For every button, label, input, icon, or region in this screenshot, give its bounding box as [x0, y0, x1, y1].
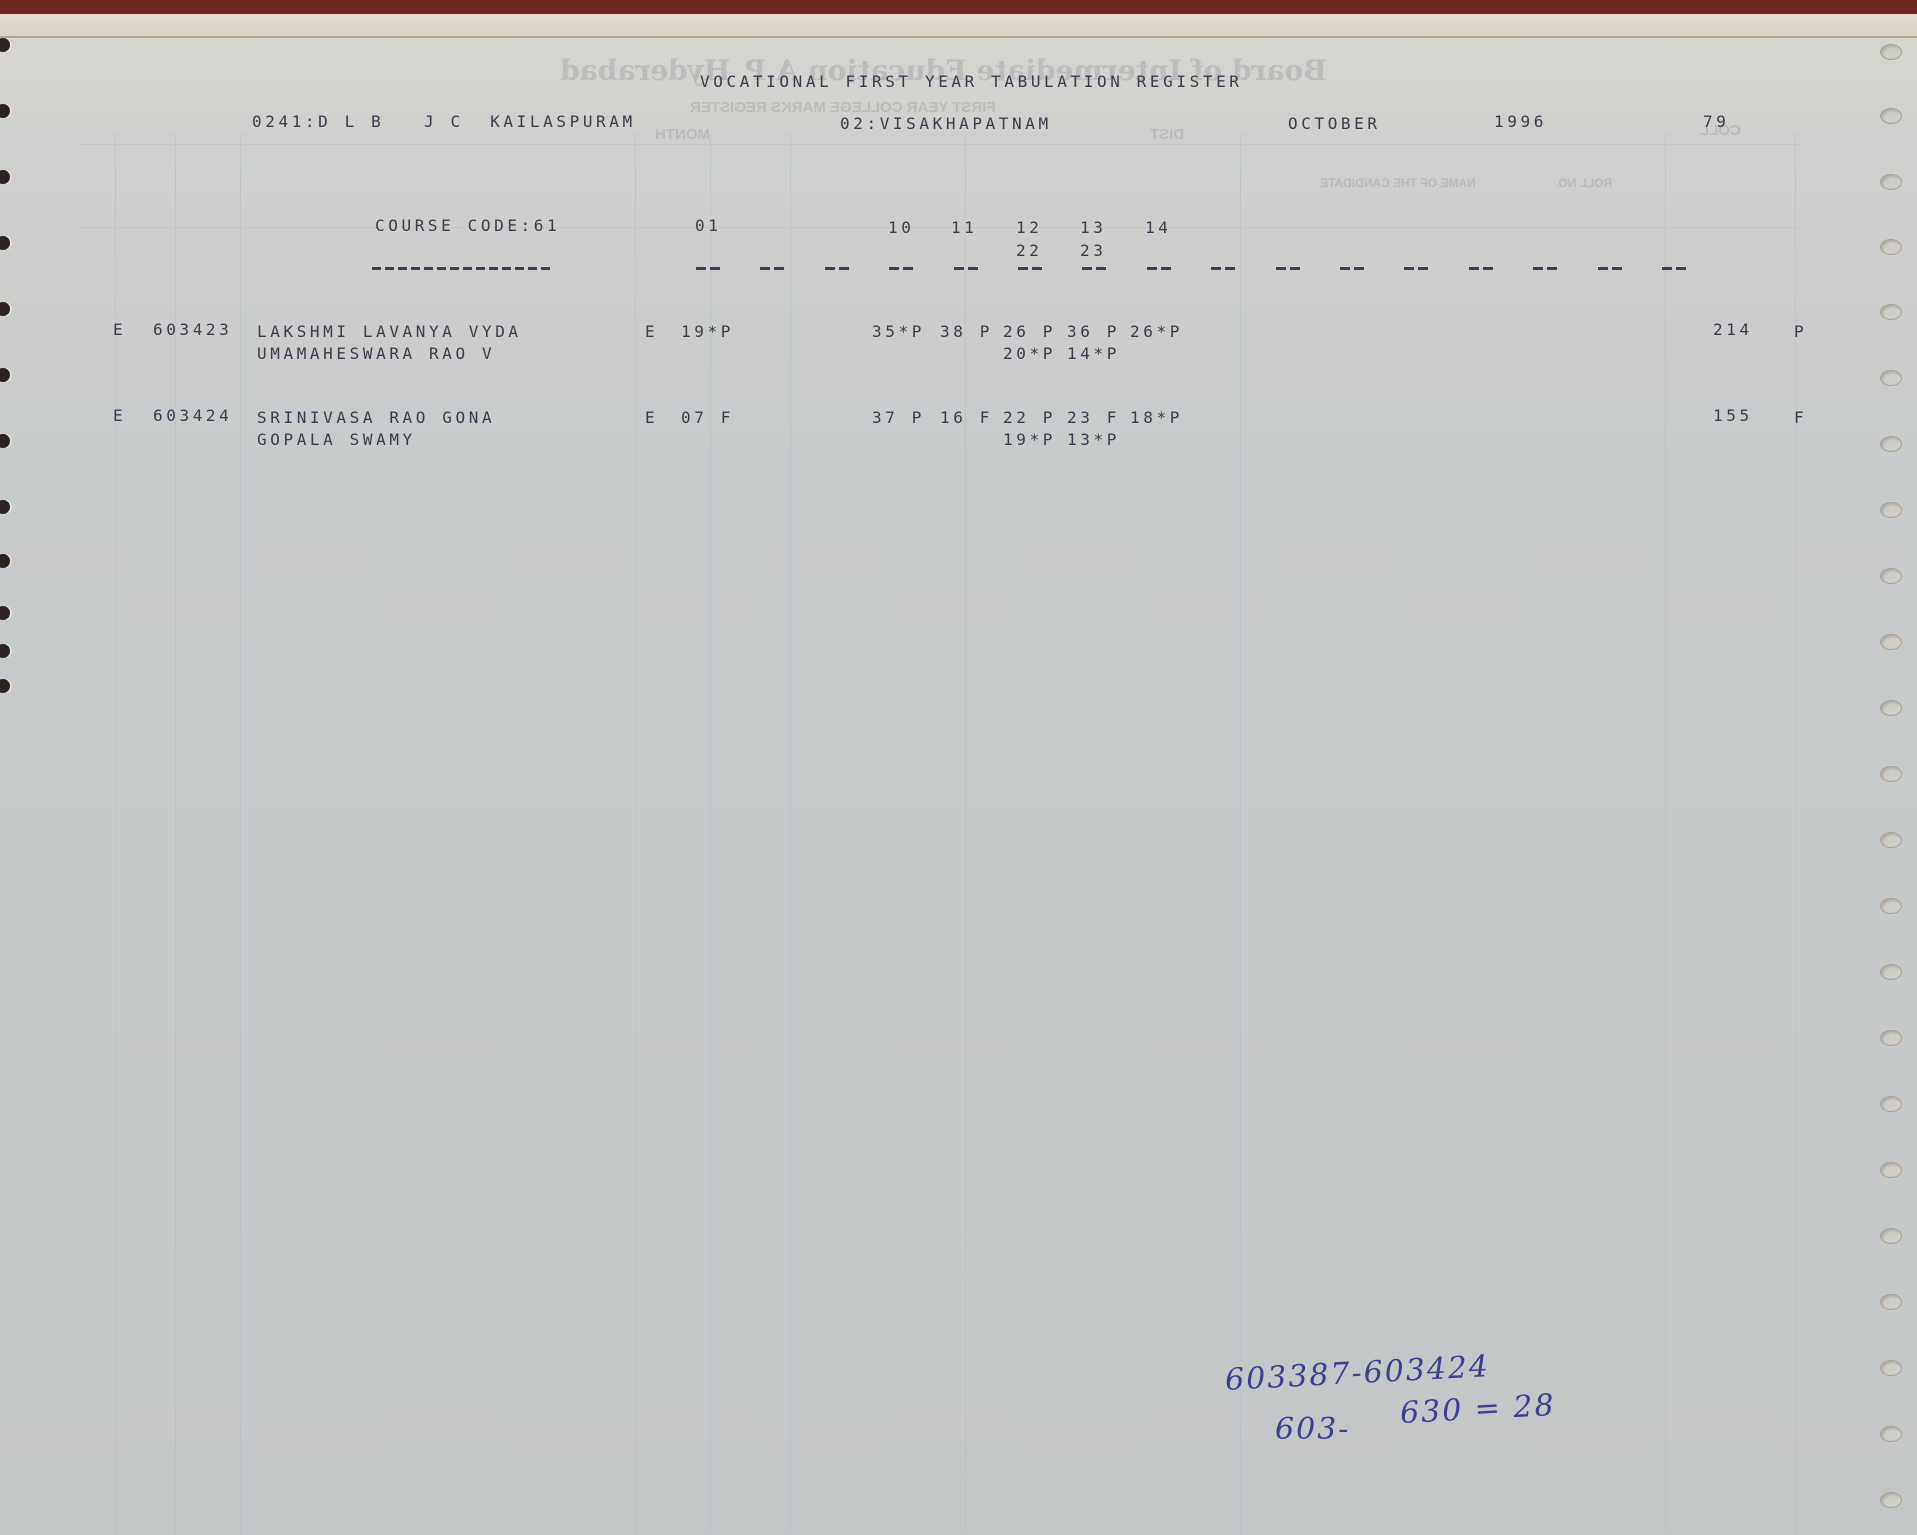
- subject-code: 10: [888, 218, 914, 238]
- tractor-hole: [1880, 634, 1902, 650]
- tractor-hole: [1880, 108, 1902, 124]
- exam-month: OCTOBER: [1288, 114, 1381, 134]
- ghost-grid-line: [115, 134, 116, 1534]
- ghost-grid-line: [240, 134, 241, 1534]
- district-name: 02:VISAKHAPATNAM: [840, 114, 1052, 134]
- medium-code: E: [113, 406, 126, 426]
- tractor-hole: [1880, 1096, 1902, 1112]
- ghost-grid-line: [80, 144, 1800, 145]
- subject-10-mark: 35*P: [872, 322, 925, 342]
- subject-code: 23: [1080, 241, 1106, 261]
- total-marks: 214: [1713, 320, 1753, 340]
- column-separator-dash: [1533, 267, 1557, 270]
- handwritten-roll-range: 603387-603424: [1224, 1349, 1491, 1398]
- handwritten-calc-right: 630 = 28: [1399, 1388, 1556, 1431]
- father-name: GOPALA SWAMY: [257, 430, 416, 450]
- subject-14-mark: 18*P: [1130, 408, 1183, 428]
- torn-top-edge: [0, 14, 1917, 38]
- column-separator-dash: [760, 267, 784, 270]
- candidate-name: LAKSHMI LAVANYA VYDA: [257, 322, 522, 342]
- column-separator-dash: [1340, 267, 1364, 270]
- subject-11-mark: 16 F: [940, 408, 993, 428]
- ghost-grid-line: [710, 134, 711, 1534]
- tractor-hole: [1880, 1162, 1902, 1178]
- column-separator-dash: [1598, 267, 1622, 270]
- bleed-through-month: MONTH: [655, 126, 710, 143]
- subject-code: 11: [951, 218, 977, 238]
- tractor-hole: [1880, 304, 1902, 320]
- tractor-hole: [0, 104, 10, 118]
- tractor-hole: [0, 434, 10, 448]
- bleed-through-name-col: NAME OF THE CANDIDATE: [1320, 176, 1476, 190]
- column-separator-dash: [1404, 267, 1428, 270]
- subject-10-mark: 37 P: [872, 408, 925, 428]
- ghost-grid-line: [965, 134, 966, 1534]
- subject-13-mark: 36 P: [1067, 322, 1120, 342]
- total-marks: 155: [1713, 406, 1753, 426]
- tractor-hole: [1880, 964, 1902, 980]
- tractor-hole: [0, 302, 10, 316]
- tractor-hole: [0, 170, 10, 184]
- column-separator-dash: [889, 267, 913, 270]
- subject-12-mark: 22 P: [1003, 408, 1056, 428]
- subject-11-mark: 38 P: [940, 322, 993, 342]
- ghost-grid-line: [1665, 134, 1666, 1534]
- subject-14-mark: 26*P: [1130, 322, 1183, 342]
- tractor-hole: [1880, 1228, 1902, 1244]
- subject-code: 22: [1016, 241, 1042, 261]
- page-number: 79: [1703, 112, 1729, 132]
- ghost-grid-line: [1795, 134, 1796, 1534]
- roll-number: 603423: [153, 320, 232, 340]
- ghost-grid-line: [1240, 134, 1241, 1534]
- medium-code: E: [113, 320, 126, 340]
- column-separator-dash: [1147, 267, 1171, 270]
- column-separator-dash: [1662, 267, 1686, 270]
- column-separator-dash: [825, 267, 849, 270]
- bleed-through-dist: DIST: [1150, 126, 1184, 143]
- ghost-grid-line: [175, 134, 176, 1534]
- tractor-hole: [1880, 1294, 1902, 1310]
- subject-13-mark: 23 F: [1067, 408, 1120, 428]
- exam-year: 1996: [1494, 112, 1547, 132]
- subject-01-mark: 07 F: [681, 408, 734, 428]
- tractor-hole: [1880, 239, 1902, 255]
- column-separator-dash: [954, 267, 978, 270]
- tractor-hole: [0, 606, 10, 620]
- subject-code: 12: [1016, 218, 1042, 238]
- tractor-hole: [1880, 370, 1902, 386]
- tractor-hole: [1880, 436, 1902, 452]
- bleed-through-roll-col: ROLL NO.: [1555, 176, 1612, 190]
- course-code: COURSE CODE:61: [375, 216, 560, 236]
- register-title: VOCATIONAL FIRST YEAR TABULATION REGISTE…: [700, 72, 1243, 92]
- candidate-name: SRINIVASA RAO GONA: [257, 408, 495, 428]
- column-separator-dash: [1018, 267, 1042, 270]
- tractor-hole: [1880, 832, 1902, 848]
- tractor-hole: [1880, 766, 1902, 782]
- subject-code: 01: [695, 216, 721, 236]
- subject-01-mark: 19*P: [681, 322, 734, 342]
- tractor-hole: [1880, 174, 1902, 190]
- tractor-hole: [1880, 1492, 1902, 1508]
- column-separator-dash: [1082, 267, 1106, 270]
- tractor-hole: [1880, 898, 1902, 914]
- tractor-hole: [1880, 1360, 1902, 1376]
- tractor-hole: [1880, 44, 1902, 60]
- tractor-hole: [1880, 568, 1902, 584]
- tractor-hole: [1880, 1030, 1902, 1046]
- subject-code: 14: [1145, 218, 1171, 238]
- result: P: [1794, 322, 1807, 342]
- column-separator-dash: [696, 267, 720, 270]
- tractor-hole: [0, 236, 10, 250]
- tractor-hole: [0, 38, 10, 52]
- course-code-underline: [372, 267, 553, 270]
- subject-22-mark: 20*P: [1003, 344, 1056, 364]
- subject-code: 13: [1080, 218, 1106, 238]
- language-medium: E: [645, 408, 658, 428]
- column-separator-dash: [1469, 267, 1493, 270]
- ghost-grid-line: [635, 134, 636, 1534]
- tractor-hole: [1880, 502, 1902, 518]
- roll-number: 603424: [153, 406, 232, 426]
- language-medium: E: [645, 322, 658, 342]
- college-name: 0241:D L B J C KAILASPURAM: [252, 112, 636, 132]
- father-name: UMAMAHESWARA RAO V: [257, 344, 495, 364]
- tractor-hole: [0, 500, 10, 514]
- tractor-hole: [0, 368, 10, 382]
- tabulation-register-sheet: Board of Intermediate Education A.P. Hyd…: [0, 14, 1917, 1535]
- column-separator-dash: [1276, 267, 1300, 270]
- tractor-hole: [0, 554, 10, 568]
- result: F: [1794, 408, 1807, 428]
- tractor-hole: [0, 644, 10, 658]
- tractor-hole: [0, 679, 10, 693]
- tractor-hole: [1880, 700, 1902, 716]
- subject-23-mark: 14*P: [1067, 344, 1120, 364]
- tractor-hole: [1880, 1426, 1902, 1442]
- subject-22-mark: 19*P: [1003, 430, 1056, 450]
- ghost-grid-line: [790, 134, 791, 1534]
- handwritten-calc-left: 603-: [1275, 1412, 1350, 1447]
- column-separator-dash: [1211, 267, 1235, 270]
- ghost-grid-line: [80, 227, 1800, 228]
- subject-23-mark: 13*P: [1067, 430, 1120, 450]
- subject-12-mark: 26 P: [1003, 322, 1056, 342]
